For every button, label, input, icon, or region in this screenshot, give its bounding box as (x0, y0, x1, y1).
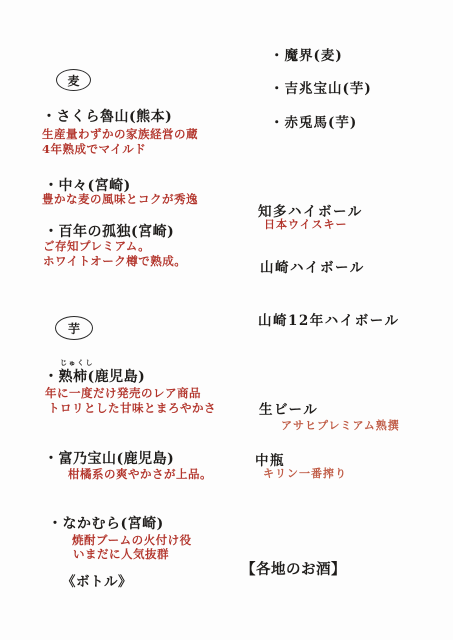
menu-item-desc: 年に一度だけ発売のレア商品 (45, 385, 201, 401)
menu-item-desc: トロリとした甘味とまろやかさ (48, 400, 216, 416)
menu-item-sekitoba: ・赤兎馬(芋) (270, 111, 357, 131)
menu-item-note: キリン一番搾り (263, 465, 347, 481)
menu-item-makai: ・魔界(麦) (270, 44, 343, 64)
menu-item-nakamura: ・なかむら(宮崎) (48, 513, 164, 533)
menu-item-kicchouhouzan: ・吉兆宝山(芋) (270, 77, 372, 97)
menu-item-desc: ご存知プレミアム。 (43, 238, 150, 254)
mugi-badge-label: 麦 (67, 72, 79, 89)
menu-item-yamazaki12-highball: 山崎12年ハイボール (258, 309, 400, 329)
drink-menu-page: 麦 ・さくら魯山(熊本) 生産量わずかの家族経営の蔵 4年熟成でマイルド ・中々… (0, 0, 453, 640)
menu-item-note: 日本ウイスキー (264, 216, 348, 232)
menu-item-yamazaki-highball: 山崎ハイボール (260, 256, 365, 276)
menu-item-tominohouzan: ・富乃宝山(鹿児島) (44, 448, 174, 468)
menu-item-note: アサヒプレミアム熟撰 (281, 417, 400, 433)
menu-item-draft-beer: 生ビール (259, 398, 318, 418)
menu-item-desc: 豊かな麦の風味とコクが秀逸 (42, 191, 198, 207)
menu-item-desc: 柑橘系の爽やかさが上品。 (68, 466, 212, 482)
mugi-section-badge: 麦 (56, 69, 91, 91)
imo-badge-label: 芋 (68, 320, 80, 337)
imo-section-badge: 芋 (55, 316, 93, 340)
menu-item-jukushi: ・熟柿(鹿児島) (44, 366, 145, 386)
bottle-heading: 《ボトル》 (62, 570, 132, 590)
menu-item-desc: 生産量わずかの家族経営の蔵 (42, 126, 198, 142)
menu-item-desc: ホワイトオーク樽で熟成。 (43, 253, 186, 269)
menu-item-sakura-rozan: ・さくら魯山(熊本) (42, 106, 172, 126)
regional-sake-heading: 【各地のお酒】 (241, 558, 346, 579)
menu-item-desc: いまだに人気抜群 (73, 546, 169, 562)
menu-item-desc: 4年熟成でマイルド (42, 141, 146, 157)
